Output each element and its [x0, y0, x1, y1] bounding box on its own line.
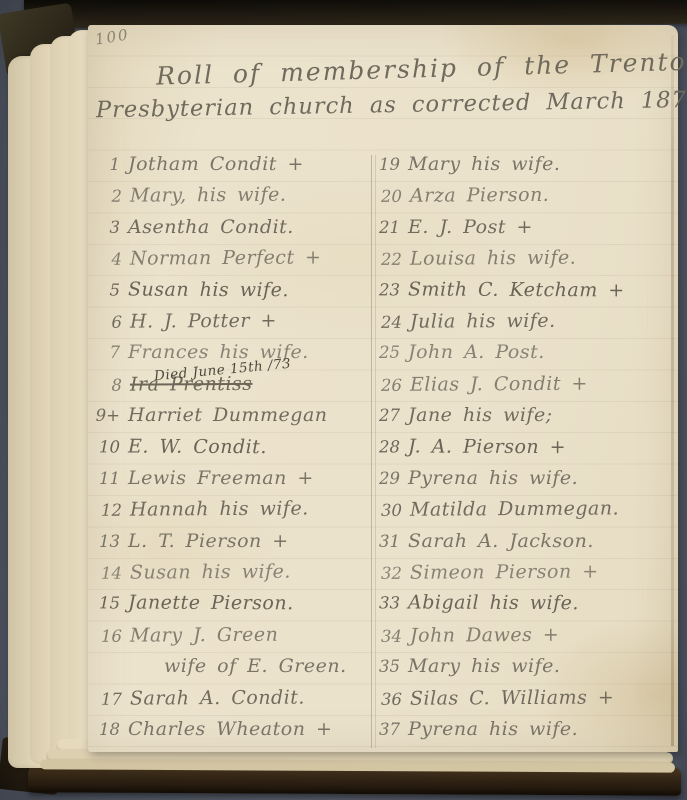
membership-roll: 1Jotham Condit +2Mary, his wife.3Asentha…: [88, 153, 678, 752]
entry-number: 2: [90, 187, 130, 206]
ledger-entry: 34John Dawes +: [378, 623, 680, 656]
ledger-entry: 31Sarah A. Jackson.: [376, 530, 678, 561]
entry-number: 8: [90, 375, 130, 394]
ledger-entry: 28J. A. Pierson +: [376, 435, 678, 468]
entry-name: Janette Pierson.: [128, 592, 294, 615]
ledger-entry: 6H. J. Potter +: [90, 309, 373, 342]
entry-number: 34: [378, 627, 410, 646]
ledger-entry: 17Sarah A. Condit.: [90, 686, 373, 719]
entry-number: 29: [376, 469, 408, 488]
ledger-entry: 15Janette Pierson.: [88, 592, 371, 625]
entry-name: Mary, his wife.: [130, 184, 287, 207]
ledger-page: 100 Roll of membership of the Trenton Pr…: [88, 25, 678, 752]
entry-name: Jotham Condit +: [128, 153, 304, 175]
entry-number: 36: [378, 689, 410, 708]
entry-name: Sarah A. Condit.: [130, 686, 305, 709]
ledger-entry: 4Norman Perfect +: [90, 246, 373, 279]
ledger-entry: 8Ira PrentissDied June 15th /73: [90, 372, 373, 405]
entry-number: 19: [376, 155, 408, 174]
entry-number: 28: [376, 437, 408, 456]
ledger-entry: 2Mary, his wife.: [90, 184, 373, 217]
entry-name: Asentha Condit.: [128, 216, 294, 238]
entry-number: 32: [378, 564, 410, 583]
entry-name: Smith C. Ketcham +: [408, 278, 625, 301]
entry-number: 11: [88, 469, 128, 488]
ledger-entry: 23Smith C. Ketcham +: [376, 278, 678, 311]
entry-number: 5: [88, 280, 128, 299]
entry-name: Susan his wife.: [128, 278, 289, 301]
ledger-entry-continuation: wife of E. Green.: [88, 655, 371, 686]
roll-column-right: 19Mary his wife.20Arza Pierson.21E. J. P…: [376, 153, 678, 752]
ledger-entry: 29Pyrena his wife.: [376, 467, 678, 498]
entry-number: 30: [378, 501, 410, 520]
page-number: 100: [94, 25, 131, 48]
entry-name: Louisa his wife.: [410, 247, 576, 270]
ledger-entry: 5Susan his wife.: [88, 278, 371, 311]
entry-number: 4: [90, 250, 130, 269]
entry-name: E. W. Condit.: [128, 435, 267, 458]
entry-name: Pyrena his wife.: [408, 467, 578, 489]
entry-number: 10: [88, 437, 128, 456]
entry-name: L. T. Pierson +: [128, 530, 289, 552]
entry-name: Matilda Dummegan.: [410, 498, 619, 521]
ledger-entry: 36Silas C. Williams +: [378, 686, 680, 719]
entry-name: Sarah A. Jackson.: [408, 530, 594, 552]
entry-name: John A. Post.: [408, 341, 545, 363]
entry-number: 13: [88, 532, 128, 551]
ledger-entry: 10E. W. Condit.: [88, 435, 371, 468]
entry-name: John Dawes +: [410, 624, 559, 647]
entry-name: Charles Wheaton +: [128, 718, 332, 740]
entry-name: Hannah his wife.: [130, 498, 309, 521]
ledger-entry: 21E. J. Post +: [376, 216, 678, 247]
entry-number: 21: [376, 218, 408, 237]
entry-number: 7: [88, 343, 128, 362]
ledger-entry: 26Elias J. Condit +: [378, 372, 680, 405]
entry-name: Susan his wife.: [130, 561, 291, 584]
ledger-entry: 9+Harriet Dummegan: [88, 404, 371, 435]
ledger-entry: 13L. T. Pierson +: [88, 530, 371, 561]
ledger-entry: 30Matilda Dummegan.: [378, 497, 680, 530]
entry-number: 20: [378, 187, 410, 206]
page-title-line2: Presbyterian church as corrected March 1…: [96, 87, 687, 124]
entry-number: 12: [90, 501, 130, 520]
ledger-entry: 24Julia his wife.: [378, 309, 680, 342]
ledger-entry: 20Arza Pierson.: [378, 183, 680, 216]
entry-number: 18: [88, 720, 128, 739]
entry-number: 27: [376, 406, 408, 425]
ledger-entry: 22Louisa his wife.: [378, 246, 680, 279]
entry-number: 14: [90, 564, 130, 583]
entry-name: Norman Perfect +: [130, 247, 322, 270]
entry-number: 35: [376, 657, 408, 676]
entry-name: H. J. Potter +: [130, 310, 277, 333]
page-title-line1: Roll of membership of the Trenton: [156, 46, 687, 90]
entry-number: 31: [376, 532, 408, 551]
ledger-entry: 3Asentha Condit.: [88, 216, 371, 247]
entry-name: Pyrena his wife.: [408, 718, 578, 740]
entry-number: 37: [376, 720, 408, 739]
entry-number: 23: [376, 280, 408, 299]
entry-number: 22: [378, 250, 410, 269]
entry-name: E. J. Post +: [408, 216, 533, 238]
entry-number: 6: [90, 313, 130, 332]
entry-number: 25: [376, 343, 408, 362]
ledger-entry: 35Mary his wife.: [376, 655, 678, 686]
ledger-entry: 12Hannah his wife.: [90, 497, 373, 530]
ledger-entry: 27Jane his wife;: [376, 404, 678, 435]
entry-name: Harriet Dummegan: [128, 404, 328, 426]
entry-number: 16: [90, 626, 130, 645]
entry-number: 17: [90, 689, 130, 708]
entry-name: Simeon Pierson +: [410, 561, 599, 584]
ledger-entry: 1Jotham Condit +: [88, 153, 371, 184]
entry-name: Abigail his wife.: [408, 592, 579, 615]
entry-number: 26: [378, 375, 410, 394]
entry-number: 9+: [88, 406, 128, 425]
entry-name: Arza Pierson.: [410, 184, 549, 207]
ledger-entry: 18Charles Wheaton +: [88, 718, 371, 749]
entry-name: Elias J. Condit +: [410, 372, 588, 395]
ledger-entry: 16Mary J. Green: [90, 623, 373, 656]
entry-name: Lewis Freeman +: [128, 467, 314, 489]
entry-name: Mary J. Green: [130, 624, 278, 647]
entry-name: Mary his wife.: [408, 153, 560, 175]
entry-number: 33: [376, 594, 408, 613]
ledger-entry: 25John A. Post.: [376, 341, 678, 372]
entry-name: Jane his wife;: [408, 404, 553, 426]
entry-number: 3: [88, 218, 128, 237]
ledger-entry: 32Simeon Pierson +: [378, 560, 680, 593]
entry-name: Julia his wife.: [410, 310, 556, 333]
ledger-entry: 11Lewis Freeman +: [88, 467, 371, 498]
entry-number: 24: [378, 313, 410, 332]
entry-name: Silas C. Williams +: [410, 686, 614, 709]
ledger-entry: 14Susan his wife.: [90, 560, 373, 593]
photo-background: 100 Roll of membership of the Trenton Pr…: [0, 0, 687, 800]
ledger-entry: 19Mary his wife.: [376, 153, 678, 184]
ledger-entry: 33Abigail his wife.: [376, 592, 678, 625]
entry-name: Mary his wife.: [408, 655, 560, 677]
entry-number: 1: [88, 155, 128, 174]
entry-number: 15: [88, 594, 128, 613]
ledger-entry: 37Pyrena his wife.: [376, 718, 678, 749]
entry-name: J. A. Pierson +: [408, 435, 566, 458]
entry-name: wife of E. Green.: [128, 655, 347, 677]
roll-column-left: 1Jotham Condit +2Mary, his wife.3Asentha…: [88, 153, 371, 752]
